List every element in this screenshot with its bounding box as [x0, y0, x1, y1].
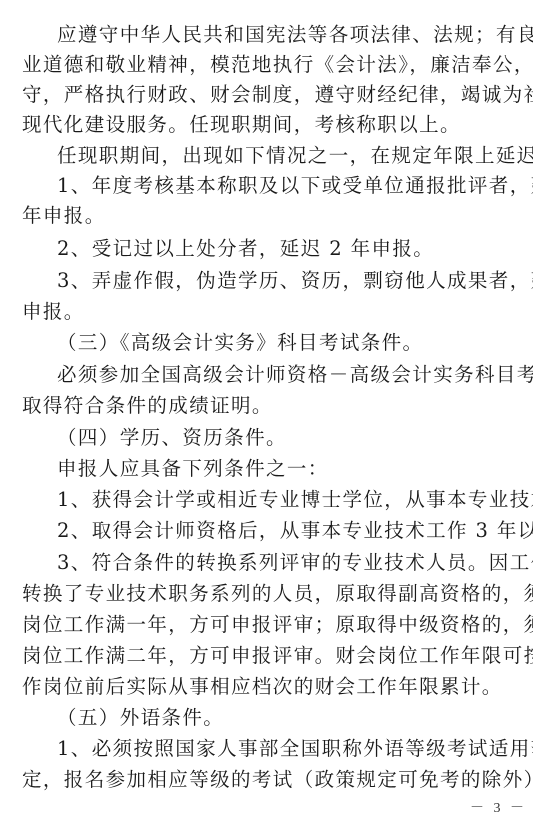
text-line: 2、受记过以上处分者，延迟 2 年申报。	[57, 236, 512, 262]
text-line: 申报人应具备下列条件之一：	[57, 456, 512, 482]
text-line: 应遵守中华人民共和国宪法等各项法律、法规；有良好的职	[57, 22, 512, 48]
text-line: 3、符合条件的转换系列评审的专业技术人员。因工作变动	[57, 550, 512, 576]
text-line: 岗位工作满一年，方可申报评审；原取得中级资格的，须在财会	[22, 612, 512, 638]
text-line: 守，严格执行财政、财会制度，遵守财经纪律，竭诚为社会主义	[22, 82, 512, 108]
text-line: 3、弄虚作假，伪造学历、资历，剽窃他人成果者，延迟 3 年	[57, 268, 512, 294]
section-heading: （五）外语条件。	[57, 705, 512, 731]
text-line: 1、获得会计学或相近专业博士学位，从事本专业技术工作。	[57, 487, 512, 513]
section-heading: （三）《高级会计实务》科目考试条件。	[57, 330, 512, 356]
text-line: 申报。	[22, 299, 512, 325]
page-number: － 3 －	[470, 797, 527, 817]
document-page: 应遵守中华人民共和国宪法等各项法律、法规；有良好的职 业道德和敬业精神，模范地执…	[0, 0, 533, 825]
text-line: 任现职期间，出现如下情况之一，在规定年限上延迟申报：	[57, 143, 512, 169]
text-line: 转换了专业技术职务系列的人员，原取得副高资格的，须在财会	[22, 581, 512, 607]
text-line: 1、年度考核基本称职及以下或受单位通报批评者，延迟 1	[57, 173, 512, 199]
text-line: 定，报名参加相应等级的考试（政策规定可免考的除外），并符	[22, 767, 512, 793]
text-line: 2、取得会计师资格后，从事本专业技术工作 3 年以上。	[57, 518, 512, 544]
text-line: 岗位工作满二年，方可申报评审。财会岗位工作年限可按变换工	[22, 643, 512, 669]
text-line: 取得符合条件的成绩证明。	[22, 393, 512, 419]
text-line: 作岗位前后实际从事相应档次的财会工作年限累计。	[22, 674, 512, 700]
text-line: 必须参加全国高级会计师资格－高级会计实务科目考试，并	[57, 362, 512, 388]
text-line: 年申报。	[22, 203, 512, 229]
section-heading: （四）学历、资历条件。	[57, 425, 512, 451]
text-line: 1、必须按照国家人事部全国职称外语等级考试适用范围的规	[57, 736, 512, 762]
text-line: 业道德和敬业精神，模范地执行《会计法》，廉洁奉公，忠于职	[22, 52, 512, 78]
text-line: 现代化建设服务。任现职期间，考核称职以上。	[22, 112, 512, 138]
